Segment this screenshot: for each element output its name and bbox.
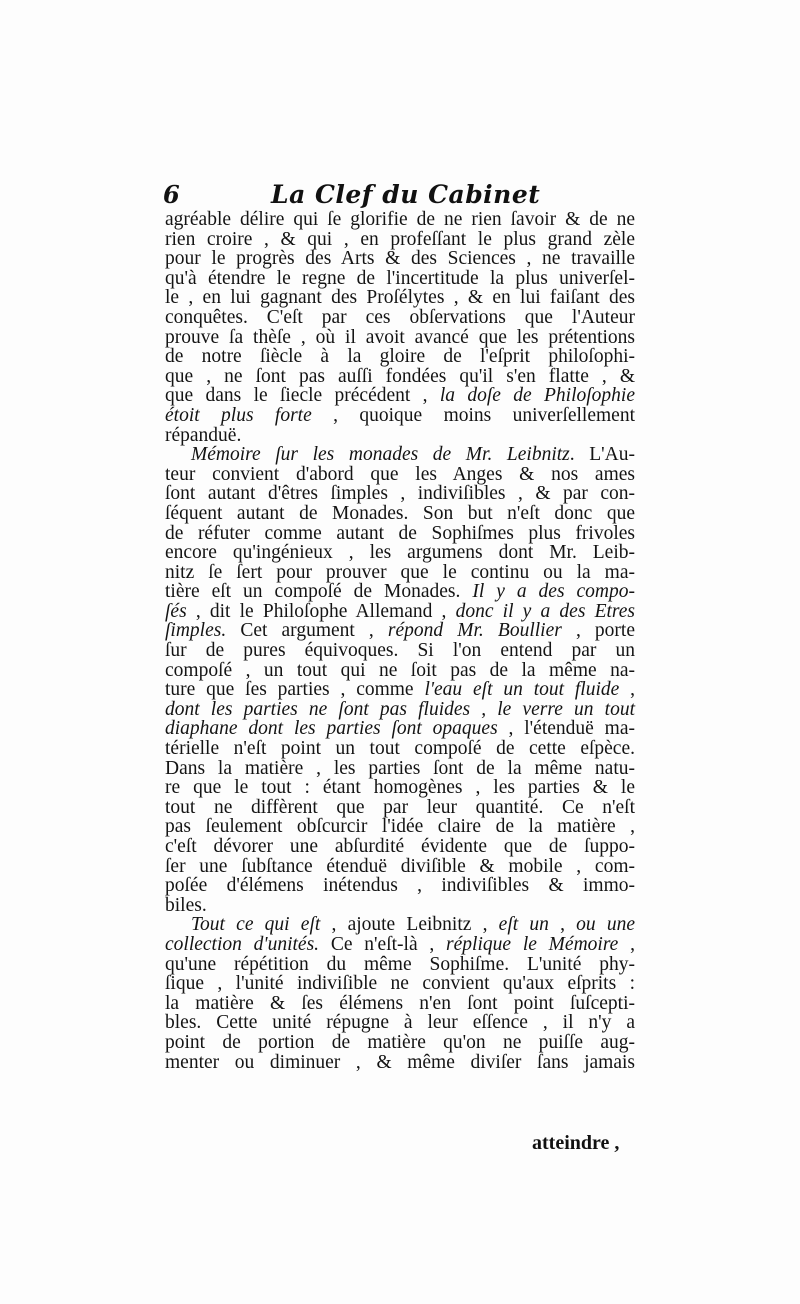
text-line: tout ne diffèrent que par leur quantité.… [165, 798, 635, 818]
text-segment: Cet argument , [226, 620, 388, 641]
text-line: conquêtes. C'eſt par ces obſervations qu… [165, 308, 635, 328]
catchword: atteindre , [532, 1132, 619, 1155]
body-text: agréable délire qui ſe glorifie de ne ri… [165, 210, 635, 1072]
text-segment: , ajoute Leibnitz , [320, 914, 498, 935]
text-line: étoit plus forte , quoique moins univerſ… [165, 406, 635, 426]
text-line: diaphane dont les parties ſont opaques ,… [165, 719, 635, 739]
running-title: La Clef du Cabinet [271, 180, 540, 209]
text-segment: Ce n'eſt-là , [319, 934, 446, 955]
text-line: tière eſt un compoſé de Monades. Il y a … [165, 582, 635, 602]
italic-segment: Il y a des compo- [472, 581, 635, 602]
text-line: bles. Cette unité répugne à leur eſſence… [165, 1013, 635, 1033]
italic-segment: ſimples. [165, 620, 226, 641]
text-segment: , [549, 914, 576, 935]
text-line: prouve ſa thèſe , où il avoit avancé que… [165, 328, 635, 348]
text-line: ſimples. Cet argument , répond Mr. Boull… [165, 621, 635, 641]
text-line: ſur de pures équivoques. Si l'on entend … [165, 641, 635, 661]
text-segment: , porte [562, 620, 635, 641]
text-line: que , ne ſont pas auſſi fondées qu'il s'… [165, 367, 635, 387]
text-line: ture que ſes parties , comme l'eau eſt u… [165, 680, 635, 700]
text-segment: , dit le Philoſophe Allemand , [187, 601, 456, 622]
text-line: pas ſeulement obſcurcir l'idée claire de… [165, 817, 635, 837]
text-line: ſéquent autant de Monades. Son but n'eſt… [165, 504, 635, 524]
text-line: ſer une ſubſtance étenduë diviſible & mo… [165, 857, 635, 877]
italic-segment: donc il y a des Etres [456, 601, 635, 622]
italic-segment: étoit plus forte [165, 405, 312, 426]
text-line: Dans la matière , les parties ſont de la… [165, 759, 635, 779]
italic-segment: l'eau eſt un tout fluide [424, 679, 619, 700]
text-line: teur convient d'abord que les Anges & no… [165, 465, 635, 485]
text-line: térielle n'eſt point un tout compoſé de … [165, 739, 635, 759]
book-page: 6 La Clef du Cabinet agréable délire qui… [0, 0, 800, 1304]
text-line: dont les parties ne ſont pas fluides , l… [165, 700, 635, 720]
text-line: encore qu'ingénieux , les argumens dont … [165, 543, 635, 563]
text-line: Mémoire ſur les monades de Mr. Leibnitz.… [165, 445, 635, 465]
text-line: la matière & ſes élémens n'en ſont point… [165, 994, 635, 1014]
text-line: collection d'unités. Ce n'eſt-là , répli… [165, 935, 635, 955]
page-number: 6 [163, 180, 180, 209]
text-line: ſique , l'unité indiviſible ne convient … [165, 974, 635, 994]
text-line: Tout ce qui eſt , ajoute Leibnitz , eſt … [165, 915, 635, 935]
italic-segment: diaphane dont les parties ſont opaques [165, 718, 498, 739]
text-line: de réfuter comme autant de Sophiſmes plu… [165, 524, 635, 544]
text-line: qu'à étendre le regne de l'incertitude l… [165, 269, 635, 289]
text-line: point de portion de matière qu'on ne pui… [165, 1033, 635, 1053]
text-line: compoſé , un tout qui ne ſoit pas de la … [165, 661, 635, 681]
text-line: répanduë. [165, 426, 635, 446]
text-segment: tière eſt un compoſé de Monades. [165, 581, 472, 602]
text-line: le , en lui gagnant des Proſélytes , & e… [165, 288, 635, 308]
text-segment: , l'étenduë ma- [498, 718, 635, 739]
italic-segment: la doſe de Philoſophie [440, 385, 635, 406]
text-line: pour le progrès des Arts & des Sciences … [165, 249, 635, 269]
text-segment: que dans le ſiecle précédent , [165, 385, 440, 406]
italic-segment: ſés [165, 601, 187, 622]
text-line: qu'une répétition du même Sophiſme. L'un… [165, 955, 635, 975]
italic-segment: réplique le Mémoire [446, 934, 618, 955]
text-line: agréable délire qui ſe glorifie de ne ri… [165, 210, 635, 230]
text-segment: ture que ſes parties , comme [165, 679, 424, 700]
italic-segment: dont les parties ne ſont pas fluides , l… [165, 699, 635, 720]
italic-segment: répond Mr. Boullier [388, 620, 562, 641]
italic-segment: eſt un [499, 914, 549, 935]
text-segment: , [618, 934, 635, 955]
text-line: ſés , dit le Philoſophe Allemand , donc … [165, 602, 635, 622]
italic-segment: Tout ce qui eſt [191, 914, 320, 935]
text-line: rien croire , & qui , en profeſſant le p… [165, 230, 635, 250]
italic-segment: ou une [576, 914, 635, 935]
text-segment: , [619, 679, 635, 700]
text-line: menter ou diminuer , & même diviſer ſans… [165, 1053, 635, 1073]
text-line: biles. [165, 896, 635, 916]
text-line: re que le tout : étant homogènes , les p… [165, 778, 635, 798]
text-line: ſont autant d'êtres ſimples , indiviſibl… [165, 484, 635, 504]
italic-segment: Mémoire ſur les monades de Mr. Leibnitz [191, 444, 570, 465]
text-line: que dans le ſiecle précédent , la doſe d… [165, 386, 635, 406]
text-segment: , quoique moins univerſellement [312, 405, 635, 426]
italic-segment: collection d'unités. [165, 934, 319, 955]
text-line: c'eſt dévorer une abſurdité évidente que… [165, 837, 635, 857]
text-line: nitz ſe ſert pour prouver que le continu… [165, 563, 635, 583]
text-line: poſée d'élémens inétendus , indiviſibles… [165, 876, 635, 896]
text-segment: . L'Au- [570, 444, 635, 465]
page-header: 6 La Clef du Cabinet [163, 180, 635, 210]
text-line: de notre ſiècle à la gloire de l'eſprit … [165, 347, 635, 367]
